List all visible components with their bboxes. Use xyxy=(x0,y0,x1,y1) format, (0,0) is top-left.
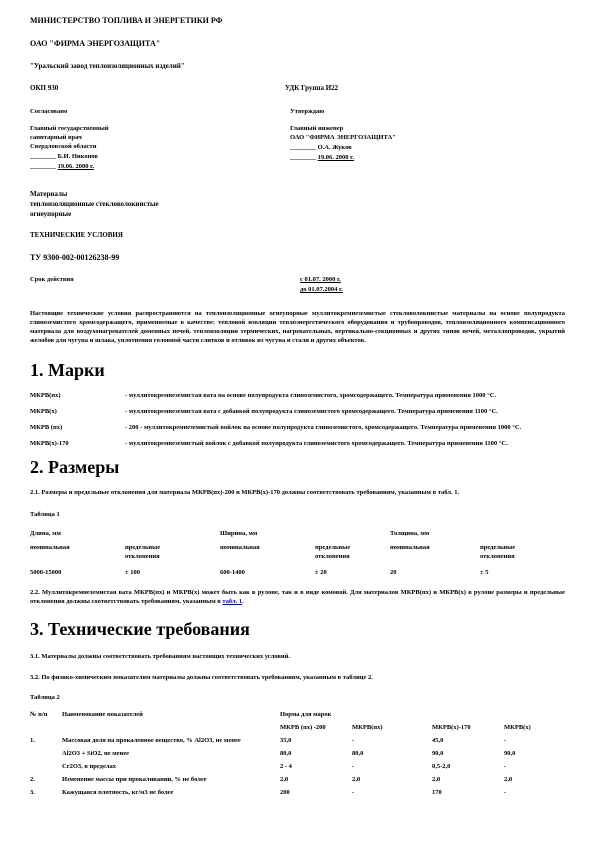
t2-header-norm: Норма для марок xyxy=(280,709,565,722)
table2: № п/п Наименование показателей Норма для… xyxy=(30,709,565,800)
t2-cell: 90,0 xyxy=(432,748,504,761)
section1-heading: 1. Марки xyxy=(30,359,565,381)
t2-grade-col: МКРВ (пх) -200 xyxy=(280,722,352,735)
mark-desc: - 200 - муллитокремнеземистый войлок на … xyxy=(125,423,565,432)
approval-right-role: Главный инженер ОАО "ФИРМА ЭНЕРГОЗАЩИТА" xyxy=(290,124,565,142)
okp-code: ОКП 930 xyxy=(30,84,285,93)
company-title: ОАО "ФИРМА ЭНЕРГОЗАЩИТА" xyxy=(30,39,565,49)
classification-row: ОКП 930 УДК Группа И22 xyxy=(30,84,565,93)
section2-heading: 2. Размеры xyxy=(30,456,565,478)
tu-number: ТУ 9300-002-00126238-99 xyxy=(30,253,565,263)
t1-subheader: предельные отклонения xyxy=(125,542,187,567)
t2-row-num: 1. xyxy=(30,735,62,748)
t2-header-spacer xyxy=(62,722,280,735)
paragraph-2-2-text: 2.2. Муллитокремнеземистая вата МКРВ(пх)… xyxy=(30,589,565,605)
role-line: Главный инженер xyxy=(290,124,565,133)
subject-block: Материалы теплоизоляционные стекловолокн… xyxy=(30,189,565,219)
t2-grade-col: МКРВ(пх) xyxy=(352,722,432,735)
signature-line: ________ Б.И. Никонов xyxy=(30,152,290,161)
section3-heading: 3. Технические требования xyxy=(30,618,565,640)
t2-cell: 2 - 4 xyxy=(280,761,352,774)
table2-label: Таблица 2 xyxy=(30,694,565,701)
signature-date-line: ________ 19.06. 2000 г. xyxy=(290,153,565,162)
validity-dates: с 01.07. 2000 г. до 01.07.2004 г. xyxy=(300,275,343,295)
signature-date: 19.06. 2000 г. xyxy=(318,154,354,161)
mark-item: МКРВ(пх) - муллитокремнеземистая вата на… xyxy=(30,391,565,400)
t2-header-num: № п/п xyxy=(30,709,62,722)
subject-line: теплоизоляционные стекловолокнистые xyxy=(30,199,565,209)
paragraph-2-1: 2.1. Размеры и предельные отклонения для… xyxy=(30,488,565,497)
t1-subheader: номинальная xyxy=(390,542,480,567)
signature-date-line: ________ 19.06. 2000 г. xyxy=(30,162,290,171)
mark-term: МКРВ(х)-170 xyxy=(30,439,125,448)
t2-cell: 170 xyxy=(432,787,504,800)
t1-subheader: предельные отклонения xyxy=(315,542,377,567)
signer-name: О.А. Жуков xyxy=(318,144,352,151)
t2-row-num xyxy=(30,748,62,761)
approval-left-title: Согласовано xyxy=(30,107,290,116)
t2-grade-col: МКРВ(х) xyxy=(504,722,565,735)
table1-link[interactable]: табл. 1 xyxy=(222,598,242,605)
t1-value: ± 20 xyxy=(315,567,390,578)
t1-value: ± 100 xyxy=(125,567,220,578)
intro-paragraph: Настоящие технические условия распростра… xyxy=(30,309,565,345)
paragraph-2-2: 2.2. Муллитокремнеземистая вата МКРВ(пх)… xyxy=(30,588,565,606)
approval-right-title: Утверждаю xyxy=(290,107,565,116)
mark-desc: - муллитокремнеземистый войлок с добавко… xyxy=(125,439,565,448)
t2-row-name: Массовая доля на прокаленное вещество, %… xyxy=(62,735,280,748)
signature-underscore: ________ xyxy=(290,144,316,151)
signer-name: Б.И. Никонов xyxy=(58,153,98,160)
subject-line: Материалы xyxy=(30,189,565,199)
t2-cell: 0,5-2,0 xyxy=(432,761,504,774)
t2-row-num: 3. xyxy=(30,787,62,800)
mark-term: МКРВ (пх) xyxy=(30,423,125,432)
mark-item: МКРВ (пх) - 200 - муллитокремнеземистый … xyxy=(30,423,565,432)
validity-label: Срок действия xyxy=(30,275,300,295)
t1-value: ± 5 xyxy=(480,567,565,578)
table1: Длина, мм Ширина, мм Толщина, мм номинал… xyxy=(30,528,565,578)
signature-line: ________ О.А. Жуков xyxy=(290,143,565,152)
mark-desc: - муллитокремнеземистая вата на основе п… xyxy=(125,391,565,400)
approval-left: Согласовано Главный государственный сани… xyxy=(30,107,290,171)
table1-label: Таблица 1 xyxy=(30,511,565,518)
t2-header-name: Наименование показателей xyxy=(62,709,280,722)
t1-value: 5000-15000 xyxy=(30,567,125,578)
signature-underscore: ________ xyxy=(290,154,316,161)
t2-cell: 2,0 xyxy=(432,774,504,787)
t2-cell: 80,0 xyxy=(352,748,432,761)
mark-desc: - муллитокремнеземистая вата с добавкой … xyxy=(125,407,565,416)
t2-row-name: Cr2O3, в пределах xyxy=(62,761,280,774)
valid-from: с 01.07. 2000 г. xyxy=(300,276,341,283)
role-line: Главный государственный xyxy=(30,124,290,133)
mark-item: МКРВ(х) - муллитокремнеземистая вата с д… xyxy=(30,407,565,416)
approval-left-role: Главный государственный санитарный врач … xyxy=(30,124,290,151)
doc-type: ТЕХНИЧЕСКИЕ УСЛОВИЯ xyxy=(30,231,565,240)
t2-cell: 2,0 xyxy=(352,774,432,787)
t1-group-width: Ширина, мм xyxy=(220,528,390,542)
t2-row-num xyxy=(30,761,62,774)
valid-to: до 01.07.2004 г. xyxy=(300,286,343,293)
subject-line: огнеупорные xyxy=(30,209,565,219)
t2-row-name: Изменение массы при прокаливании, % не б… xyxy=(62,774,280,787)
t2-cell: 2,0 xyxy=(504,774,565,787)
t2-row-name: Al2O3 + SiO2, не менее xyxy=(62,748,280,761)
plant-title: "Уральский завод теплоизоляционных издел… xyxy=(30,62,565,71)
role-line: Свердловской области xyxy=(30,142,290,151)
approval-block: Согласовано Главный государственный сани… xyxy=(30,107,565,171)
t2-header-spacer xyxy=(30,722,62,735)
t2-cell: - xyxy=(504,761,565,774)
mark-item: МКРВ(х)-170 - муллитокремнеземистый войл… xyxy=(30,439,565,448)
role-line: ОАО "ФИРМА ЭНЕРГОЗАЩИТА" xyxy=(290,133,565,142)
role-line: санитарный врач xyxy=(30,133,290,142)
t1-subheader: предельные отклонения xyxy=(480,542,542,567)
t2-cell: 80,0 xyxy=(280,748,352,761)
t1-value: 600-1400 xyxy=(220,567,315,578)
t1-value: 20 xyxy=(390,567,480,578)
udk-code: УДК Группа И22 xyxy=(285,84,338,93)
t2-cell: 45,0 xyxy=(432,735,504,748)
paragraph-3-2: 3.2. По физико-химическим показателям ма… xyxy=(30,673,565,682)
mark-term: МКРВ(пх) xyxy=(30,391,125,400)
approval-right: Утверждаю Главный инженер ОАО "ФИРМА ЭНЕ… xyxy=(290,107,565,162)
signature-underscore: ________ xyxy=(30,153,56,160)
document-page: МИНИСТЕРСТВО ТОПЛИВА И ЭНЕРГЕТИКИ РФ ОАО… xyxy=(0,0,595,842)
paragraph-3-1: 3.1. Материалы должны соответствовать тр… xyxy=(30,652,565,661)
t1-subheader: номинальная xyxy=(30,542,125,567)
paragraph-2-2-tail: . xyxy=(242,598,244,605)
t1-subheader: номинальная xyxy=(220,542,315,567)
t1-group-length: Длина, мм xyxy=(30,528,220,542)
t2-cell: 200 xyxy=(280,787,352,800)
signature-underscore: ________ xyxy=(30,163,56,170)
signature-date: 19.06. 2000 г. xyxy=(58,163,94,170)
t2-cell: 90,0 xyxy=(504,748,565,761)
t2-grade-col: МКРВ(х)-170 xyxy=(432,722,504,735)
t2-cell: - xyxy=(352,761,432,774)
t2-cell: - xyxy=(504,787,565,800)
t2-row-name: Кажущаяся плотность, кг/м3 не более xyxy=(62,787,280,800)
t2-cell: - xyxy=(352,787,432,800)
validity-block: Срок действия с 01.07. 2000 г. до 01.07.… xyxy=(30,275,565,295)
t1-group-thickness: Толщина, мм xyxy=(390,528,565,542)
mark-term: МКРВ(х) xyxy=(30,407,125,416)
t2-cell: 35,0 xyxy=(280,735,352,748)
t2-cell: - xyxy=(504,735,565,748)
t2-cell: - xyxy=(352,735,432,748)
t2-row-num: 2. xyxy=(30,774,62,787)
ministry-title: МИНИСТЕРСТВО ТОПЛИВА И ЭНЕРГЕТИКИ РФ xyxy=(30,16,565,26)
marks-list: МКРВ(пх) - муллитокремнеземистая вата на… xyxy=(30,391,565,448)
t2-cell: 2,0 xyxy=(280,774,352,787)
